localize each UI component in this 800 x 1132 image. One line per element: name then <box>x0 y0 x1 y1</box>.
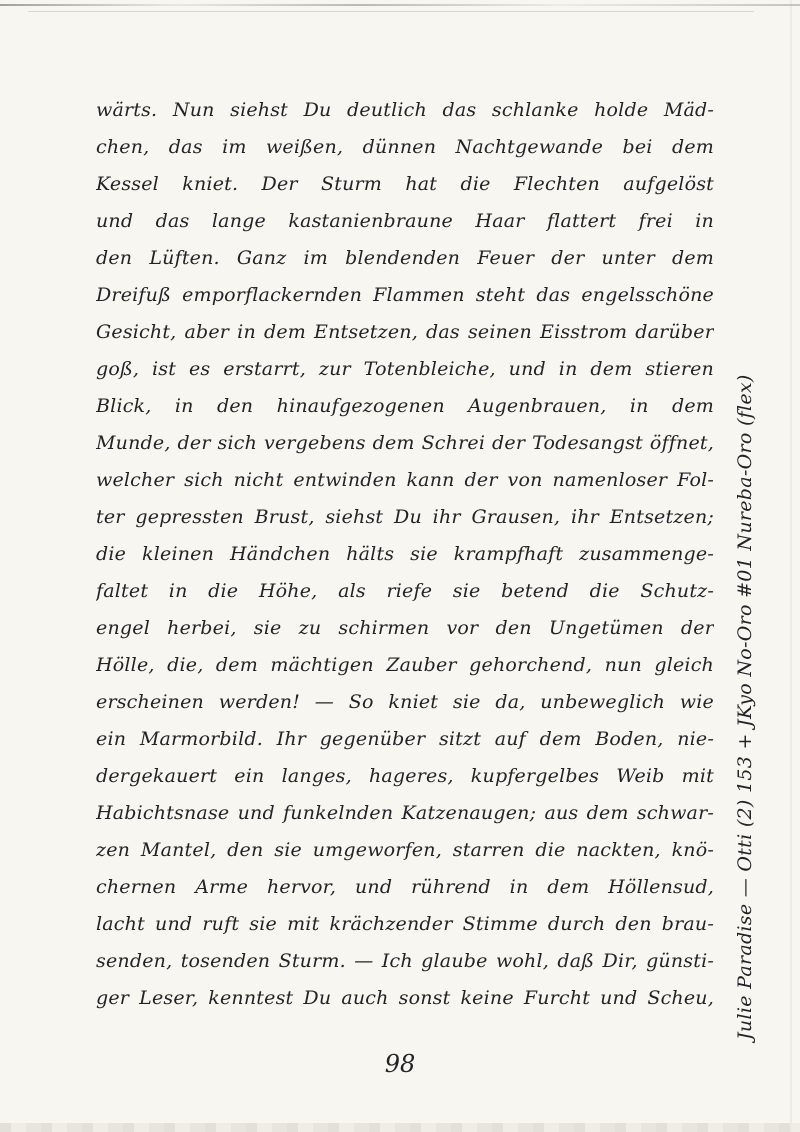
handwritten-line: welcher sich nicht entwinden kann der vo… <box>96 462 714 499</box>
handwritten-line: senden, tosenden Sturm. — Ich glaube woh… <box>96 943 714 980</box>
handwritten-line: Gesicht, aber in dem Entsetzen, das sein… <box>96 314 714 351</box>
handwritten-line: erscheinen werden! — So kniet sie da, un… <box>96 684 714 721</box>
handwritten-line: Hölle, die, dem mächtigen Zauber gehorch… <box>96 647 714 684</box>
handwritten-line: chernen Arme hervor, und rührend in dem … <box>96 869 714 906</box>
handwritten-line: die kleinen Händchen hälts sie krampfhaf… <box>96 536 714 573</box>
handwritten-line: Dreifuß emporflackernden Flammen steht d… <box>96 277 714 314</box>
margin-annotation: Julie Paradise — Otti (2) 153 + JKyo No-… <box>730 340 760 1040</box>
handwritten-line: ter gepressten Brust, siehst Du ihr Grau… <box>96 499 714 536</box>
handwritten-line: dergekauert ein langes, hageres, kupferg… <box>96 758 714 795</box>
handwritten-line: faltet in die Höhe, als riefe sie betend… <box>96 573 714 610</box>
page-number: 98 <box>0 1050 800 1078</box>
handwritten-line: chen, das im weißen, dünnen Nachtgewande… <box>96 129 714 166</box>
handwritten-line: engel herbei, sie zu schirmen vor den Un… <box>96 610 714 647</box>
scanner-edge-artifact-top <box>0 4 800 6</box>
handwritten-line: lacht und ruft sie mit krächzender Stimm… <box>96 906 714 943</box>
handwritten-line: Kessel kniet. Der Sturm hat die Flechten… <box>96 166 714 203</box>
scanner-edge-artifact-right <box>790 0 792 1132</box>
handwritten-line: den Lüften. Ganz im blendenden Feuer der… <box>96 240 714 277</box>
scanner-edge-artifact-bottom <box>0 1123 800 1132</box>
handwritten-line: Habichtsnase und funkelnden Katzenaugen;… <box>96 795 714 832</box>
handwritten-line: zen Mantel, den sie umgeworfen, starren … <box>96 832 714 869</box>
scanned-manuscript-page: wärts. Nun siehst Du deutlich das schlan… <box>0 0 800 1132</box>
handwritten-line: goß, ist es erstarrt, zur Totenbleiche, … <box>96 351 714 388</box>
handwritten-line: und das lange kastanienbraune Haar flatt… <box>96 203 714 240</box>
handwritten-text-block: wärts. Nun siehst Du deutlich das schlan… <box>96 92 714 1017</box>
scanner-edge-artifact-top-secondary <box>28 11 754 12</box>
handwritten-line: wärts. Nun siehst Du deutlich das schlan… <box>96 92 714 129</box>
handwritten-line: Blick, in den hinaufgezogenen Augenbraue… <box>96 388 714 425</box>
handwritten-line: ein Marmorbild. Ihr gegenüber sitzt auf … <box>96 721 714 758</box>
handwritten-line: ger Leser, kenntest Du auch sonst keine … <box>96 980 714 1017</box>
handwritten-line: Munde, der sich vergebens dem Schrei der… <box>96 425 714 462</box>
